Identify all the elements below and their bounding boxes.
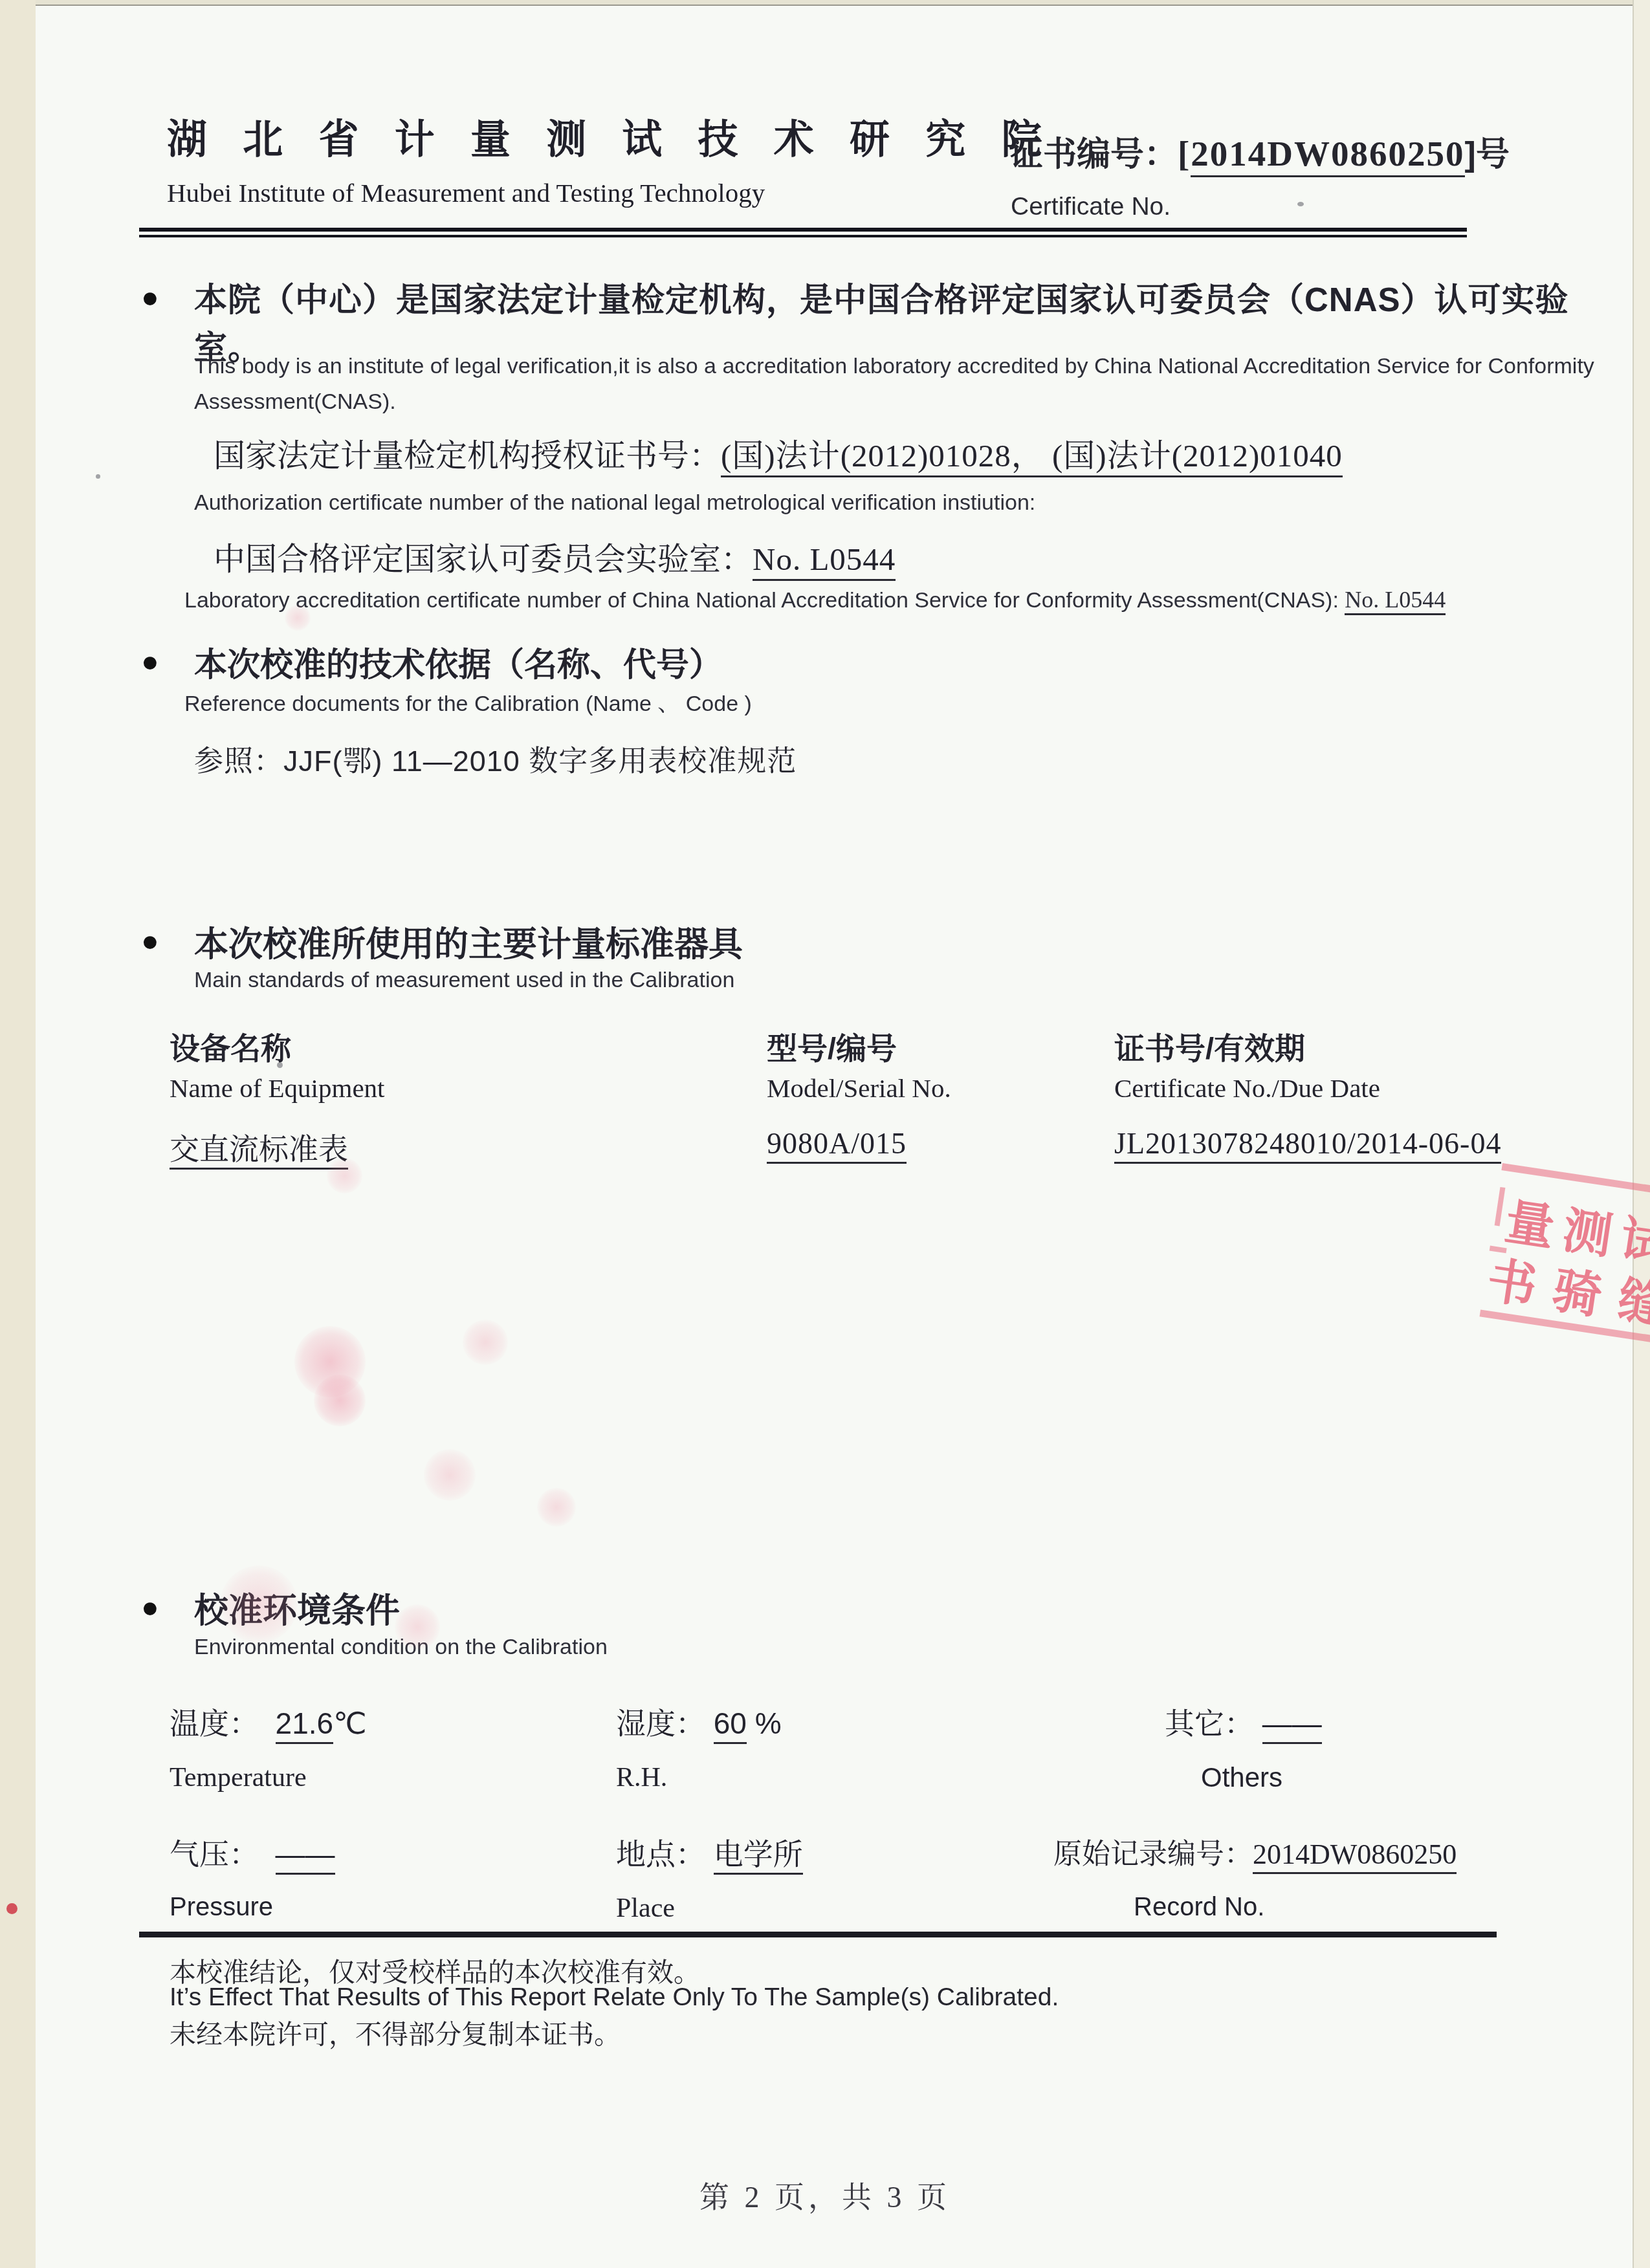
pressure-label-en: Pressure [170, 1893, 273, 1922]
table-row: JL2013078248010/2014-06-04 [1114, 1126, 1501, 1161]
pressure-value: —— [276, 1837, 335, 1875]
certificate-due-value: JL2013078248010/2014-06-04 [1114, 1127, 1501, 1164]
table-row: 9080A/015 [767, 1126, 907, 1161]
table-header-model-cn: 型号/编号 [767, 1025, 897, 1068]
page-number: 第 2 页，共 3 页 [0, 2174, 1650, 2216]
equipment-name-value: 交直流标准表 [170, 1132, 348, 1170]
record-number-label-cn: 原始记录编号： [1053, 1838, 1253, 1870]
cnas-lab-value-en: No. L0544 [1345, 587, 1446, 615]
stamp-partial-stroke [1495, 1187, 1506, 1227]
record-number-label-en: Record No. [1134, 1893, 1264, 1922]
bullet-icon: ● [141, 279, 159, 314]
table-header-model-en: Model/Serial No. [767, 1073, 951, 1104]
record-number-value: 2014DW0860250 [1253, 1838, 1457, 1874]
authorization-label-cn: 国家法定计量检定机构授权证书号： [214, 439, 721, 474]
cnas-lab-row-en: Laboratory accreditation certificate num… [184, 586, 1446, 613]
pink-stain [314, 1375, 366, 1426]
others-label-en: Others [1201, 1762, 1282, 1793]
temperature-label-en: Temperature [170, 1762, 307, 1793]
header-double-rule [139, 228, 1467, 237]
place-field: 地点： 电学所 [616, 1831, 803, 1873]
table-header-equipment-en: Name of Equipment [170, 1073, 384, 1104]
authorization-label-en: Authorization certificate number of the … [194, 490, 1035, 516]
note-copy-restriction-cn: 未经本院许可，不得部分复制本证书。 [170, 2013, 621, 2051]
accreditation-statement-en-line2: Assessment(CNAS). [194, 389, 396, 415]
pink-stain [327, 1158, 362, 1194]
dust-speck [96, 474, 100, 479]
temperature-value: 21.6 [276, 1706, 334, 1744]
certificate-number-row: 证书编号：[2014DW0860250]号 [1009, 127, 1510, 175]
red-seam-stamp: 量测试 书骑缝 [1480, 1163, 1650, 1357]
place-value: 电学所 [714, 1837, 803, 1875]
pink-stain [537, 1488, 576, 1527]
scan-left-margin [0, 0, 36, 2268]
pressure-label-cn: 气压： [170, 1837, 259, 1871]
cnas-lab-label-cn: 中国合格评定国家认可委员会实验室： [214, 542, 753, 577]
humidity-label-cn: 湿度： [616, 1706, 705, 1740]
certificate-number-label-cn: 证书编号： [1009, 136, 1178, 173]
certificate-number-close-bracket: ]号 [1465, 136, 1510, 173]
pink-stain [220, 1565, 298, 1643]
pink-stain [395, 1604, 440, 1650]
table-header-certificate-cn: 证书号/有效期 [1114, 1025, 1305, 1068]
cnas-lab-label-en: Laboratory accreditation certificate num… [184, 588, 1339, 613]
others-field: 其它： —— [1165, 1700, 1322, 1743]
table-row: 交直流标准表 [170, 1126, 348, 1168]
standards-section-title-en: Main standards of measurement used in th… [194, 968, 734, 993]
humidity-value: 60 [714, 1706, 747, 1744]
dust-speck [277, 1062, 283, 1068]
pink-stain [463, 1320, 508, 1365]
pressure-field: 气压： —— [170, 1831, 335, 1873]
place-label-cn: 地点： [616, 1837, 705, 1871]
note-validity-en: It’s Effect That Results of This Report … [170, 1983, 1059, 2012]
bullet-icon: ● [141, 1589, 159, 1624]
certificate-number-value: 2014DW0860250 [1191, 134, 1464, 177]
certificate-number-open-bracket: [ [1178, 134, 1191, 173]
standards-section-title-cn: 本次校准所使用的主要计量标准器具 [194, 917, 743, 966]
temperature-field: 温度： 21.6℃ [170, 1700, 367, 1743]
pink-stain [285, 605, 311, 631]
place-label-en: Place [616, 1893, 675, 1924]
humidity-field: 湿度： 60 % [616, 1700, 782, 1743]
authorization-certificate-row: 国家法定计量检定机构授权证书号：(国)法计(2012)01028， (国)法计(… [214, 431, 1343, 476]
record-number-field: 原始记录编号：2014DW0860250 [1053, 1831, 1457, 1872]
institute-name-cn: 湖 北 省 计 量 测 试 技 术 研 究 院 [167, 107, 1053, 165]
reference-section-title-cn: 本次校准的技术依据（名称、代号） [194, 638, 722, 686]
cnas-lab-row: 中国合格评定国家认可委员会实验室：No. L0544 [214, 534, 896, 580]
scan-right-margin [1633, 0, 1650, 2268]
temperature-unit: ℃ [333, 1706, 367, 1740]
pink-stain [424, 1449, 476, 1501]
accreditation-statement-en-line1: This body is an institute of legal verif… [194, 354, 1594, 379]
authorization-value: (国)法计(2012)01028， (国)法计(2012)01040 [721, 438, 1343, 477]
table-header-certificate-en: Certificate No./Due Date [1114, 1073, 1380, 1104]
bullet-icon: ● [141, 923, 159, 958]
table-header-equipment-cn: 设备名称 [170, 1025, 291, 1068]
cnas-lab-value: No. L0544 [753, 541, 896, 581]
temperature-label-cn: 温度： [170, 1706, 259, 1740]
bullet-icon: ● [141, 644, 159, 679]
scan-top-edge [0, 0, 1650, 6]
red-ink-dot [6, 1903, 17, 1914]
scanned-calibration-certificate-page: 湖 北 省 计 量 测 试 技 术 研 究 院 Hubei Institute … [0, 0, 1650, 2268]
others-value: —— [1262, 1706, 1322, 1744]
others-label-cn: 其它： [1165, 1706, 1254, 1740]
reference-document-line: 参照：JJF(鄂) 11—2010 数字多用表校准规范 [194, 737, 797, 780]
dust-speck [1297, 202, 1304, 206]
reference-section-title-en: Reference documents for the Calibration … [184, 686, 752, 717]
humidity-label-en: R.H. [616, 1762, 667, 1793]
institute-name-en: Hubei Institute of Measurement and Testi… [167, 177, 765, 208]
model-serial-value: 9080A/015 [767, 1127, 907, 1164]
certificate-number-label-en: Certificate No. [1011, 193, 1171, 221]
environment-bottom-rule [139, 1932, 1497, 1937]
humidity-unit: % [755, 1706, 782, 1740]
